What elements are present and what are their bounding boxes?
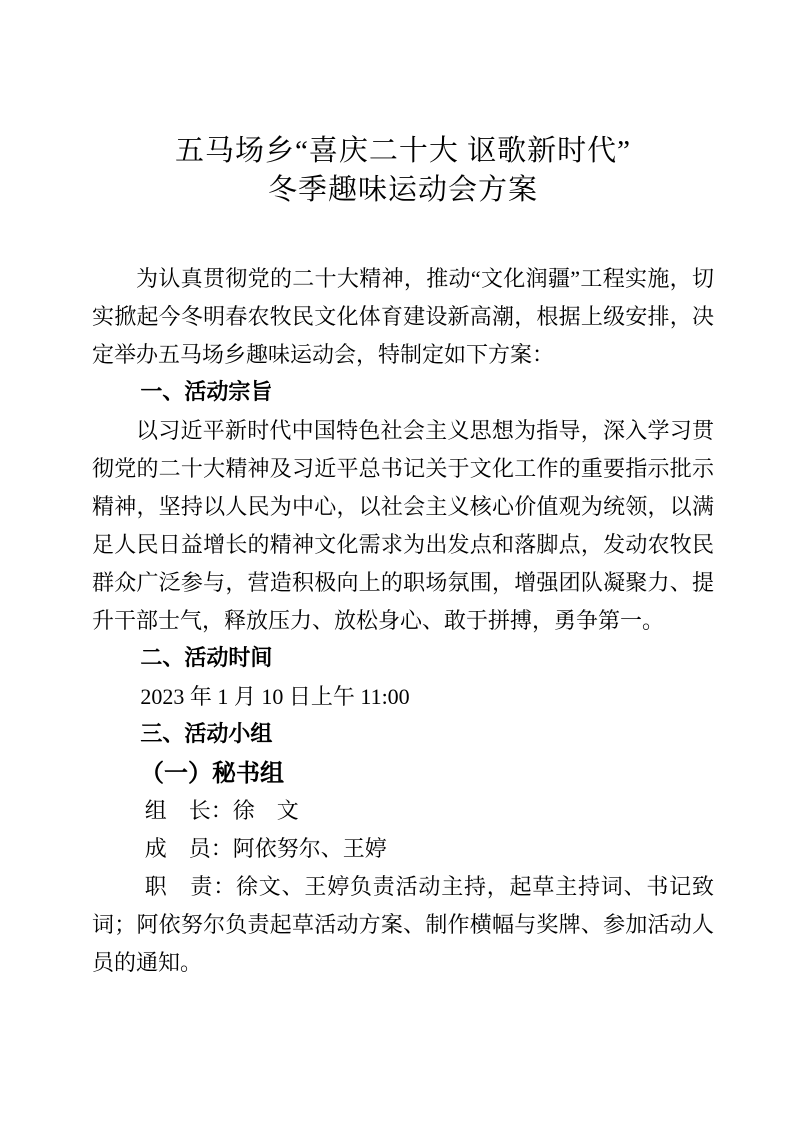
- section-heading-purpose: 一、活动宗旨: [92, 374, 714, 412]
- document-title-line-1: 五马场乡“喜庆二十大 讴歌新时代”: [92, 132, 714, 171]
- section-heading-group: 三、活动小组: [92, 716, 714, 754]
- document-title-line-2: 冬季趣味运动会方案: [92, 171, 714, 210]
- intro-paragraph: 为认真贯彻党的二十大精神，推动“文化润疆”工程实施，切实掀起今冬明春农牧民文化体…: [92, 260, 714, 374]
- secretary-group-leader-line: 组 长：徐 文: [92, 792, 714, 830]
- document-title: 五马场乡“喜庆二十大 讴歌新时代” 冬季趣味运动会方案: [92, 132, 714, 210]
- event-time-text: 2023 年 1 月 10 日上午 11:00: [92, 678, 714, 716]
- secretary-group-members-line: 成 员：阿依努尔、王婷: [92, 830, 714, 868]
- document-page: 五马场乡“喜庆二十大 讴歌新时代” 冬季趣味运动会方案 为认真贯彻党的二十大精神…: [0, 0, 794, 1122]
- document-content: 五马场乡“喜庆二十大 讴歌新时代” 冬季趣味运动会方案 为认真贯彻党的二十大精神…: [0, 132, 794, 982]
- secretary-group-duty-line: 职 责：徐文、王婷负责活动主持，起草主持词、书记致词；阿依努尔负责起草活动方案、…: [92, 868, 714, 982]
- purpose-paragraph: 以习近平新时代中国特色社会主义思想为指导，深入学习贯彻党的二十大精神及习近平总书…: [92, 412, 714, 640]
- section-heading-time: 二、活动时间: [92, 640, 714, 678]
- subsection-heading-secretary-group: （一）秘书组: [92, 754, 714, 792]
